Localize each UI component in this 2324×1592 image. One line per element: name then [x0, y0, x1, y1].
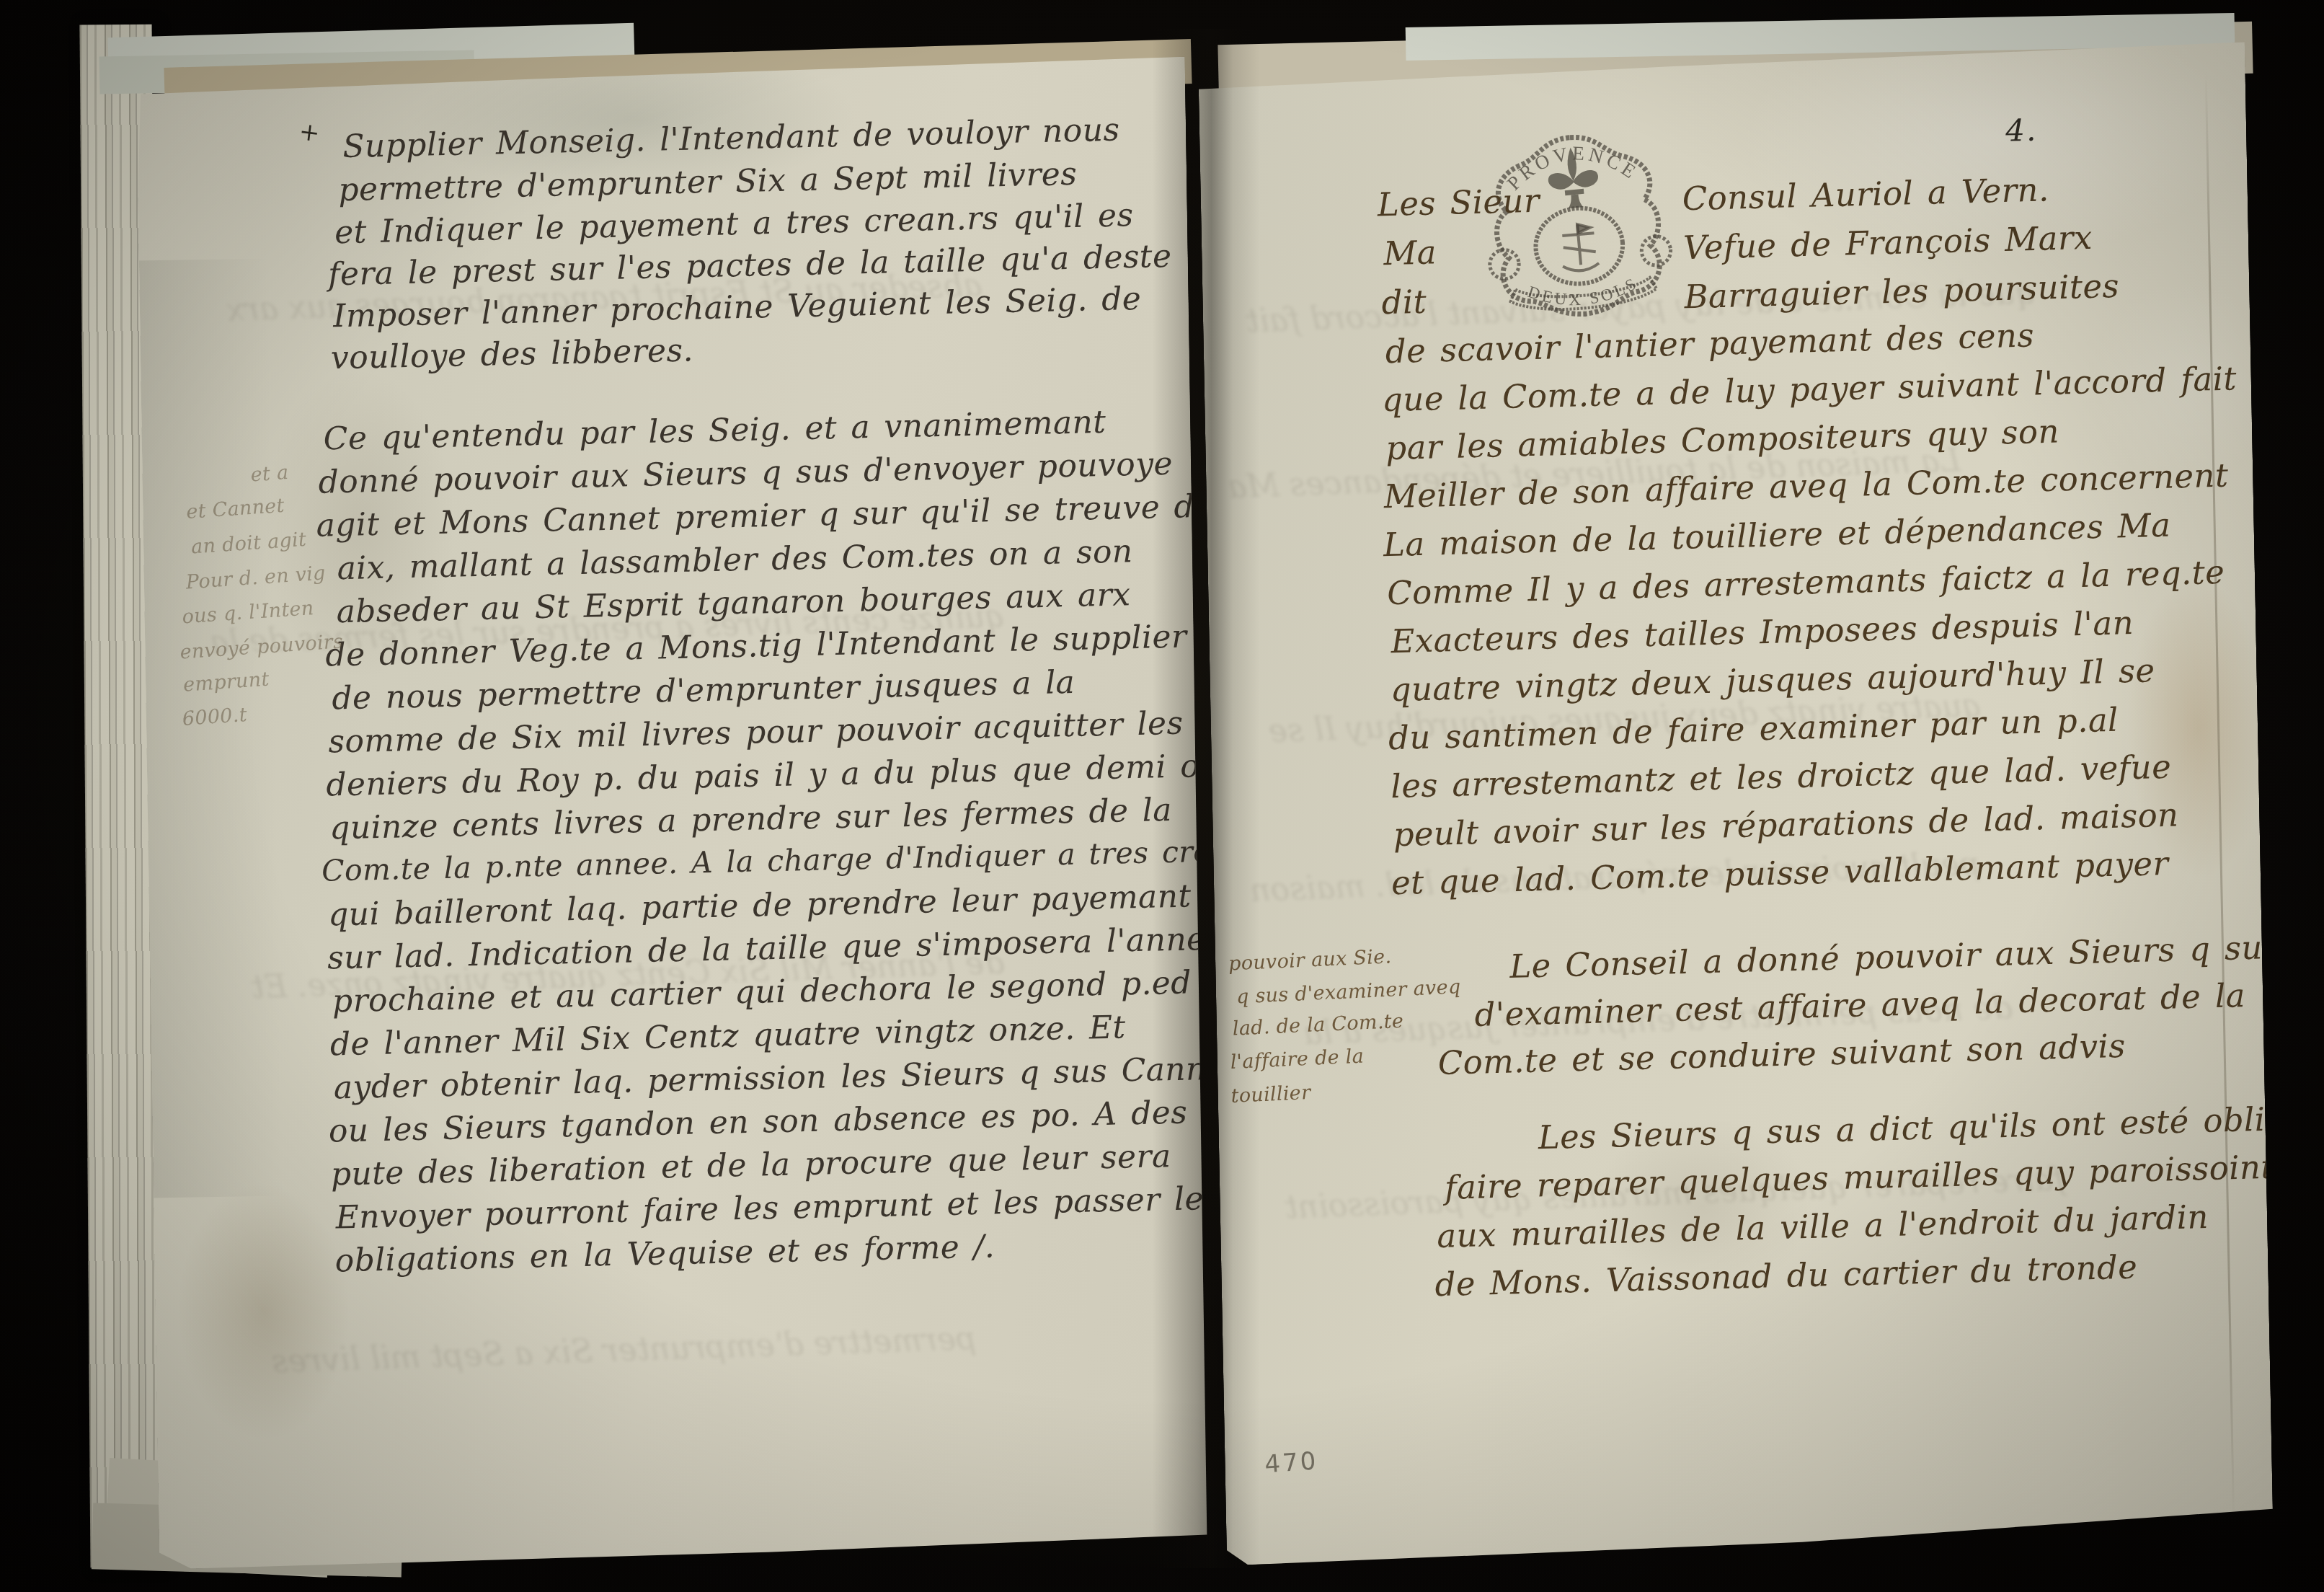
manuscript-line: de l'anner Mil Six Centz quatre vingtz o…	[330, 1012, 1127, 1061]
folio-pencil-number: 470	[1264, 1446, 1319, 1479]
manuscript-line: voulloye des libberes.	[331, 335, 694, 374]
manuscript-line: de Mons. Vaissonad du cartier du tronde	[1434, 1250, 2138, 1301]
margin-note: touillier	[1230, 1083, 1311, 1106]
manuscript-line: Les Sieurs q sus a dict qu'ils ont esté …	[1538, 1100, 2274, 1154]
manuscript-line: Le Conseil a donné pouvoir aux Sieurs q …	[1509, 931, 2274, 983]
manuscript-line: Ma	[1383, 236, 1437, 270]
ink-stain	[2124, 575, 2274, 881]
manuscript-line: Ce qu'entendu par les Seig. et a vnanime…	[323, 407, 1106, 456]
cross-mark: +	[298, 117, 321, 148]
bleedthrough-text: permettre d'emprunter Six a Sept mil liv…	[271, 1323, 977, 1378]
manuscript-line: permettre d'emprunter Six a Sept mil liv…	[338, 159, 1078, 206]
margin-note: emprunt	[182, 670, 270, 695]
manuscript-line: Comme Il y a des arrestemants faictz a l…	[1387, 556, 2225, 609]
manuscript-photo: abseder au St Esprit tganaron bourges au…	[0, 0, 2324, 1592]
manuscript-line: peult avoir sur les réparations de lad. …	[1393, 799, 2179, 852]
margin-note: l'affaire de la	[1230, 1047, 1364, 1072]
manuscript-line: dit	[1381, 286, 1427, 319]
manuscript-line: Barraguier les poursuites	[1684, 270, 2119, 313]
margin-note: et Cannet	[186, 496, 285, 522]
manuscript-line: faire reparer quelques murailles quy par…	[1445, 1151, 2274, 1204]
margin-note: an doit agit	[190, 530, 307, 557]
left-page: abseder au St Esprit tganaron bourges au…	[136, 57, 1208, 1570]
manuscript-line: Vefue de François Marx	[1683, 221, 2093, 264]
ink-stain	[175, 1180, 352, 1443]
margin-note: Pour d. en vig	[185, 563, 326, 592]
margin-note: q sus d'examiner aveq	[1236, 977, 1460, 1007]
page-number: 4.	[2005, 112, 2038, 149]
manuscript-line: Les Sieur	[1377, 185, 1540, 221]
manuscript-line: Exacteurs des tailles Imposees despuis l…	[1391, 606, 2134, 658]
manuscript-line: les arrestemantz et les droictz que lad.…	[1391, 751, 2172, 802]
manuscript-line: obligations en la Vequise et es forme /.	[334, 1231, 995, 1277]
manuscript-line: aix, mallant a lassambler des Com.tes on…	[337, 536, 1133, 585]
manuscript-line: Supplier Monseig. l'Intendant de vouloyr…	[342, 115, 1120, 164]
manuscript-line: et que lad. Com.te puisse vallablemant p…	[1391, 847, 2168, 899]
manuscript-line: Envoyer pourront faire les emprunt et le…	[335, 1183, 1208, 1234]
right-page: que la Com.te a de luy payer suivant l'a…	[1198, 42, 2274, 1565]
page-fold-crease	[2205, 71, 2235, 1521]
margin-note: 6000.t	[182, 705, 248, 729]
manuscript-line: La maison de la touilliere et dépendance…	[1383, 509, 2170, 562]
manuscript-line: que la Com.te a de luy payer suivant l'a…	[1382, 362, 2237, 416]
margin-note: et a	[250, 463, 289, 485]
manuscript-line: quatre vingtz deux jusques aujourd'huy I…	[1390, 654, 2155, 706]
margin-note: envoyé pouvoirs	[179, 632, 344, 662]
manuscript-line: de nous permettre d'emprunter jusques a …	[332, 667, 1075, 715]
manuscript-line: abseder au St Esprit tganaron bourges au…	[336, 579, 1131, 628]
stamp-arms	[1559, 223, 1600, 273]
margin-note: pouvoir aux Sie.	[1228, 947, 1392, 973]
manuscript-line: d'examiner cest affaire aveq la decorat …	[1474, 979, 2245, 1031]
manuscript-line: Consul Auriol a Vern.	[1682, 173, 2049, 215]
